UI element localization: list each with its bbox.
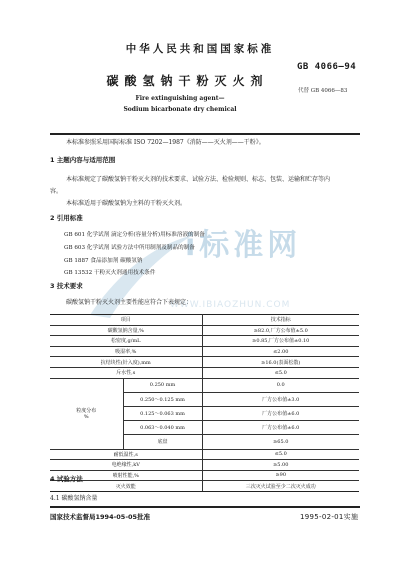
reference-item: GB 603 化学试剂 试验方法中所用制剂及制品的制备 — [64, 243, 195, 251]
header-value: 技术指标 — [202, 315, 359, 326]
standard-number: GB 4066—94 — [297, 62, 356, 72]
english-title-line1: Fire extinguishing agent— — [0, 95, 360, 102]
row-item: 耐低温性,s — [50, 449, 202, 460]
row-item: 抗结块性(针入度),mm — [50, 357, 202, 368]
row-item: 电绝缘性,kV — [50, 460, 202, 471]
row-value: ≥5.00 — [202, 460, 359, 471]
english-title-line2: Sodium bicarbonate dry chemical — [0, 106, 360, 113]
row-item: 碳酸氢钠含量,% — [50, 325, 202, 336]
row-value: ≥16.0(表面松散) — [202, 357, 359, 368]
particle-value: 0.0 — [202, 378, 359, 392]
section-3-paragraph: 碳酸氢钠干粉灭火剂主要性能应符合下表规定： — [66, 297, 192, 306]
table-row: 灭火效能 三次灭火试验至少二次灭火成功 — [50, 481, 359, 492]
section-1-heading: 1 主题内容与适用范围 — [50, 155, 115, 164]
reference-item: GB 1887 食品添加剂 碳酸氢钠 — [64, 256, 143, 264]
reference-item: GB 601 化学试剂 滴定分析(容量分析)用标准溶液的制备 — [64, 230, 205, 238]
table-row: 电绝缘性,kV ≥5.00 — [50, 460, 359, 471]
particle-size: 0.250～0.125 mm — [123, 392, 202, 406]
table-row: 碳酸氢钠含量,% ≥82.0,厂方公布值±5.0 — [50, 325, 359, 336]
particle-value: ≥65.0 — [202, 435, 359, 449]
section-4-heading: 4 试验方法 — [50, 474, 83, 483]
particle-size-unit: % — [50, 414, 123, 420]
particle-value: 厂方公布值±6.0 — [202, 421, 359, 435]
implementation-date: 1995-02-01实施 — [300, 512, 358, 522]
header-divider — [50, 133, 360, 135]
table-row: 抗结块性(针入度),mm ≥16.0(表面松散) — [50, 357, 359, 368]
section-2-heading: 2 引用标准 — [50, 213, 83, 222]
header-item: 项目 — [50, 315, 202, 326]
table-row: 耐低温性,s ≤5.0 — [50, 449, 359, 460]
intro-paragraph: 本标准参照采用国际标准 ISO 7202—1987《消防——灭火剂——干粉》。 — [66, 137, 265, 146]
reference-item: GB 13532 干粉灭火剂通用技术条件 — [64, 268, 155, 276]
table-row: 斥水性,s ≤5.0 — [50, 367, 359, 378]
particle-size-label-cell: 粒度分布 % — [50, 378, 123, 449]
section-4-1-heading: 4.1 碳酸氢钠含量 — [50, 493, 97, 502]
row-value: ≤5.0 — [202, 449, 359, 460]
particle-size: 0.250 mm — [123, 378, 202, 392]
particle-value: 厂方公布值±3.0 — [202, 392, 359, 406]
particle-value: 厂方公布值±6.0 — [202, 406, 359, 420]
section-3-heading: 3 技术要求 — [50, 281, 83, 290]
table-row: 松密度,g/mL ≥0.85,厂方公布值±0.10 — [50, 336, 359, 347]
particle-size-label: 粒度分布 — [50, 407, 123, 414]
section-1-paragraph-cont: 容。 — [50, 186, 62, 195]
row-value: ≥90 — [202, 470, 359, 481]
row-item: 吸湿率,% — [50, 346, 202, 357]
row-value: ≤2.00 — [202, 346, 359, 357]
row-item: 斥水性,s — [50, 367, 202, 378]
spec-table: 项目 技术指标 碳酸氢钠含量,% ≥82.0,厂方公布值±5.0 松密度,g/m… — [50, 314, 359, 492]
approval-date: 国家技术监督局1994-05-05批准 — [50, 512, 150, 521]
table-row: 吸湿率,% ≤2.00 — [50, 346, 359, 357]
table-header-row: 项目 技术指标 — [50, 315, 359, 326]
watermark-logo: i标准网 — [185, 220, 301, 264]
row-item: 松密度,g/mL — [50, 336, 202, 347]
row-value: ≤5.0 — [202, 367, 359, 378]
particle-size: 0.125～0.063 mm — [123, 406, 202, 420]
particle-size: 0.063～0.040 mm — [123, 421, 202, 435]
footer-divider — [50, 506, 360, 508]
table-row: 喷射性能,% ≥90 — [50, 470, 359, 481]
row-value: ≥82.0,厂方公布值±5.0 — [202, 325, 359, 336]
document-title: 碳酸氢钠干粉灭火剂 — [0, 72, 350, 89]
table-row: 粒度分布 % 0.250 mm 0.0 — [50, 378, 359, 392]
row-value: ≥0.85,厂方公布值±0.10 — [202, 336, 359, 347]
section-1-paragraph: 本标准规定了碳酸氢钠干粉灭火剂的技术要求、试验方法、检验规则、标志、包装、运输和… — [66, 174, 330, 183]
section-1-paragraph-2: 本标准适用于碳酸氢钠为主料的干粉灭火剂。 — [66, 198, 186, 207]
particle-size: 底盘 — [123, 435, 202, 449]
national-standard-label: 中华人民共和国国家标准 — [0, 41, 400, 56]
row-value: 三次灭火试验至少二次灭火成功 — [202, 481, 359, 492]
